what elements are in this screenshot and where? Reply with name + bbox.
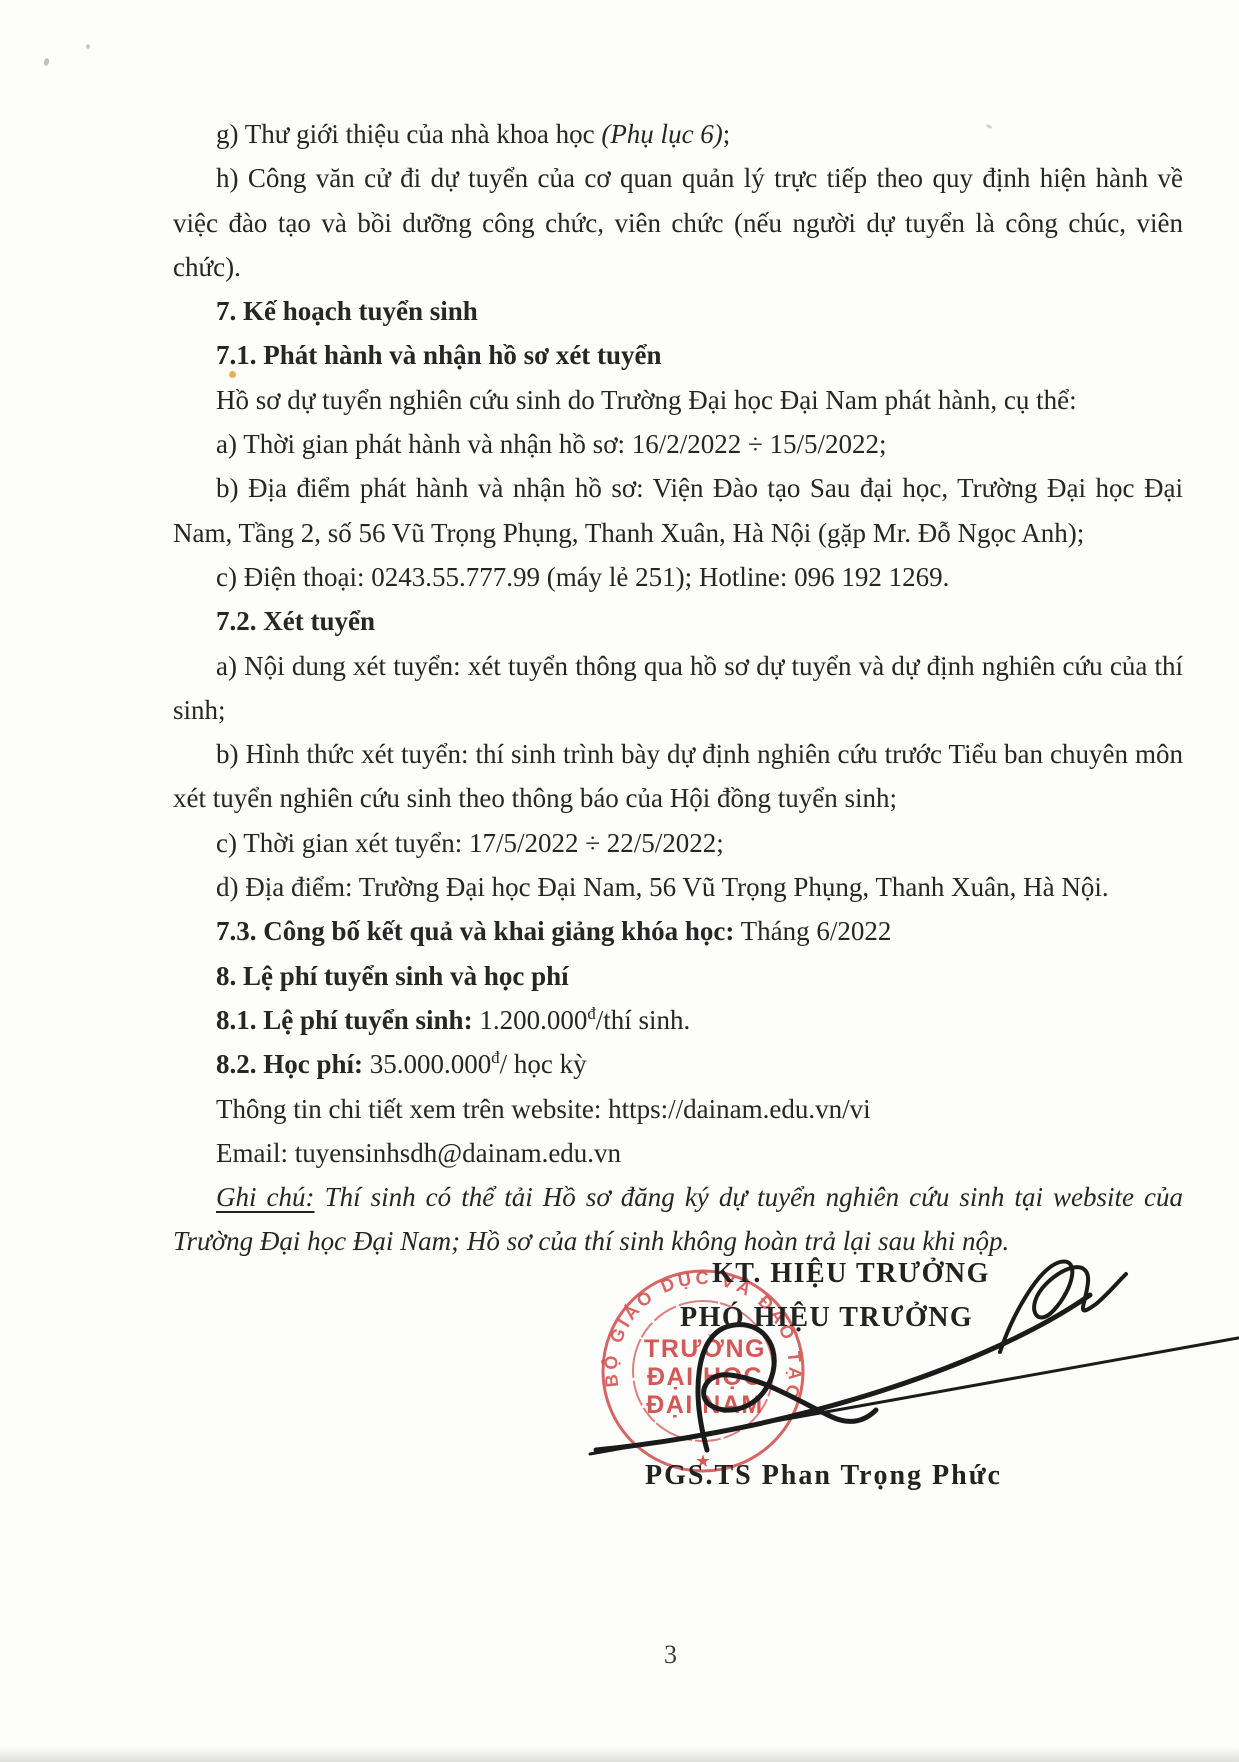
para-7-1-b: b) Địa điểm phát hành và nhận hồ sơ: Việ…: [173, 466, 1183, 555]
para-7-2-b: b) Hình thức xét tuyển: thí sinh trình b…: [173, 732, 1183, 821]
para-8-2: 8.2. Học phí: 35.000.000đ/ học kỳ: [173, 1042, 1183, 1086]
scan-speck: [86, 44, 90, 49]
page-number: 3: [664, 1640, 677, 1670]
heading-7-2: 7.2. Xét tuyển: [173, 599, 1183, 643]
heading-7-1: 7.1. Phát hành và nhận hồ sơ xét tuyển: [173, 333, 1183, 377]
signature-title-pho: PHÓ HIỆU TRƯỞNG: [680, 1302, 973, 1334]
para-8-1: 8.1. Lệ phí tuyển sinh: 1.200.000đ/thí s…: [173, 998, 1183, 1042]
para-7-2-a: a) Nội dung xét tuyển: xét tuyển thông q…: [173, 644, 1183, 733]
scan-speck: [43, 57, 50, 66]
para-hoso: Hồ sơ dự tuyển nghiên cứu sinh do Trường…: [173, 378, 1183, 422]
para-7-1-a: a) Thời gian phát hành và nhận hồ sơ: 16…: [173, 422, 1183, 466]
heading-7-3: 7.3. Công bố kết quả và khai giảng khóa …: [173, 909, 1183, 953]
heading-8: 8. Lệ phí tuyển sinh và học phí: [173, 954, 1183, 998]
para-h: h) Công văn cử đi dự tuyển của cơ quan q…: [173, 156, 1183, 289]
document-page: g) Thư giới thiệu của nhà khoa học (Phụ …: [0, 0, 1239, 1762]
para-7-1-c: c) Điện thoại: 0243.55.777.99 (máy lẻ 25…: [173, 555, 1183, 599]
signer-name: PGS.TS Phan Trọng Phức: [645, 1460, 1002, 1492]
heading-7: 7. Kế hoạch tuyển sinh: [173, 289, 1183, 333]
para-7-2-c: c) Thời gian xét tuyển: 17/5/2022 ÷ 22/5…: [173, 821, 1183, 865]
dong-superscript: đ: [587, 1004, 595, 1023]
dong-superscript: đ: [491, 1048, 499, 1067]
document-body: g) Thư giới thiệu của nhà khoa học (Phụ …: [173, 112, 1183, 1264]
para-7-2-d: d) Địa điểm: Trường Đại học Đại Nam, 56 …: [173, 865, 1183, 909]
signature-title-kt: KT. HIỆU TRƯỞNG: [712, 1258, 990, 1290]
para-g: g) Thư giới thiệu của nhà khoa học (Phụ …: [173, 112, 1183, 156]
scan-edge-shadow: [0, 1746, 1239, 1762]
